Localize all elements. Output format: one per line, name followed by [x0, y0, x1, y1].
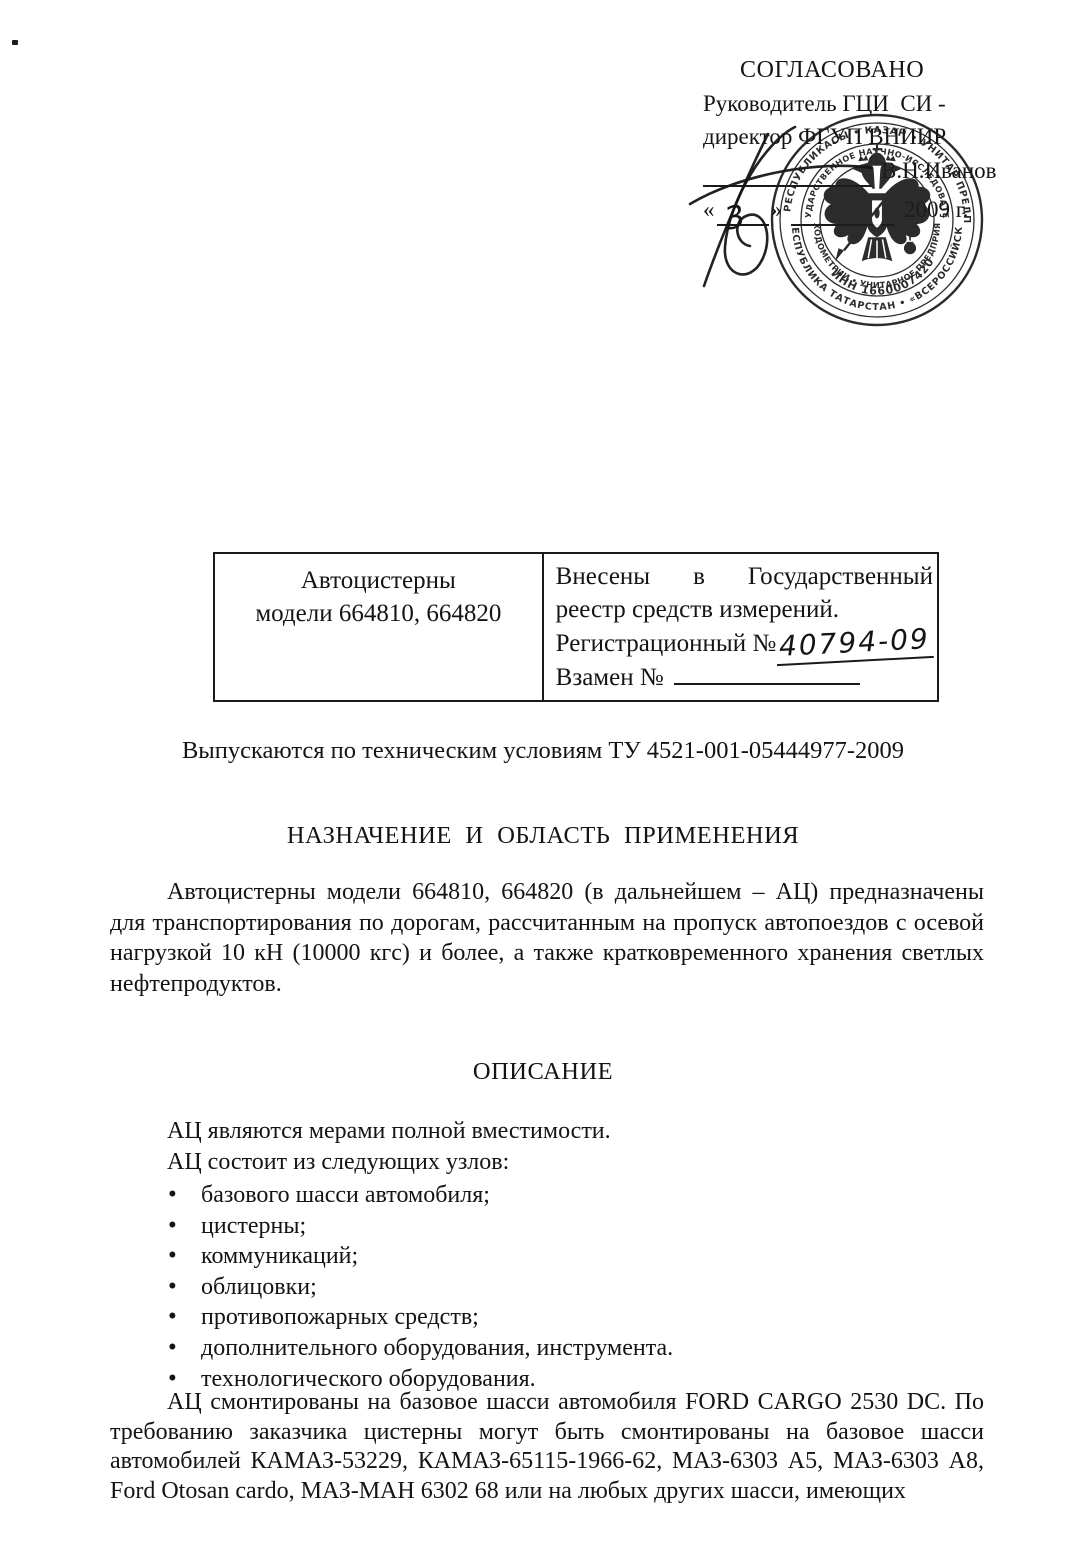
tu-standard-line: Выпускаются по техническим условиям ТУ 4… — [107, 737, 979, 765]
bullet-icon: • — [168, 1334, 201, 1362]
bullet-icon: • — [168, 1181, 201, 1209]
table-cell-product: Автоцистерны модели 664810, 664820 — [215, 554, 544, 700]
registry-table: Автоцистерны модели 664810, 664820 Внесе… — [213, 552, 939, 702]
bullet-icon: • — [168, 1242, 201, 1270]
list-item: •дополнительного оборудования, инструмен… — [168, 1334, 673, 1365]
replaces-blank-line — [674, 661, 860, 685]
registration-label: Регистрационный № — [556, 630, 777, 657]
bullet-icon: • — [168, 1303, 201, 1331]
list-item-text: облицовки; — [201, 1274, 317, 1301]
description-line-capacity: АЦ являются мерами полной вместимости. — [110, 1118, 611, 1145]
purpose-heading: НАЗНАЧЕНИЕ И ОБЛАСТЬ ПРИМЕНЕНИЯ — [107, 822, 979, 850]
list-item: •базового шасси автомобиля; — [168, 1181, 673, 1212]
description-line-components: АЦ состоит из следующих узлов: — [110, 1149, 509, 1176]
description-heading: ОПИСАНИЕ — [107, 1058, 979, 1086]
list-item-text: базового шасси автомобиля; — [201, 1182, 490, 1209]
registration-line: Регистрационный №40794-09 — [556, 626, 933, 661]
table-cell-registry: Внесены в Государственный реестр средств… — [544, 554, 937, 700]
bullet-icon: • — [168, 1273, 201, 1301]
components-list: •базового шасси автомобиля; •цистерны; •… — [168, 1181, 673, 1395]
list-item: •коммуникаций; — [168, 1242, 673, 1273]
replaces-line: Взамен № — [556, 661, 933, 695]
list-item: •цистерны; — [168, 1212, 673, 1243]
registration-number-handwritten: 40794-09 — [775, 623, 933, 666]
list-item-text: коммуникаций; — [201, 1243, 358, 1270]
list-item: •облицовки; — [168, 1273, 673, 1304]
list-item-text: цистерны; — [201, 1213, 306, 1240]
list-item-text: противопожарных средств; — [201, 1304, 479, 1331]
purpose-paragraph: Автоцистерны модели 664810, 664820 (в да… — [110, 877, 984, 999]
document-page: СОГЛАСОВАНО Руководитель ГЦИ СИ - директ… — [0, 0, 1086, 1560]
mounting-paragraph: АЦ смонтированы на базовое шасси автомоб… — [110, 1388, 984, 1506]
list-item-text: дополнительного оборудования, инструмент… — [201, 1335, 673, 1362]
product-name: Автоцистерны — [215, 564, 542, 597]
list-item: •противопожарных средств; — [168, 1303, 673, 1334]
official-stamp: ТАТАРСТАН РЕСПУБЛИКАСЫ • КАЗАН • УНИТАР … — [768, 111, 986, 329]
replaces-label: Взамен № — [556, 664, 664, 691]
registry-entry-text: Внесены в Государственный реестр средств… — [556, 561, 933, 626]
approval-title: СОГЛАСОВАНО — [740, 54, 1009, 87]
bullet-icon: • — [168, 1212, 201, 1240]
date-quote-open: « — [703, 193, 715, 226]
product-models: модели 664810, 664820 — [215, 597, 542, 630]
date-day-blank — [717, 198, 769, 226]
scan-artifact-speck — [12, 40, 18, 45]
